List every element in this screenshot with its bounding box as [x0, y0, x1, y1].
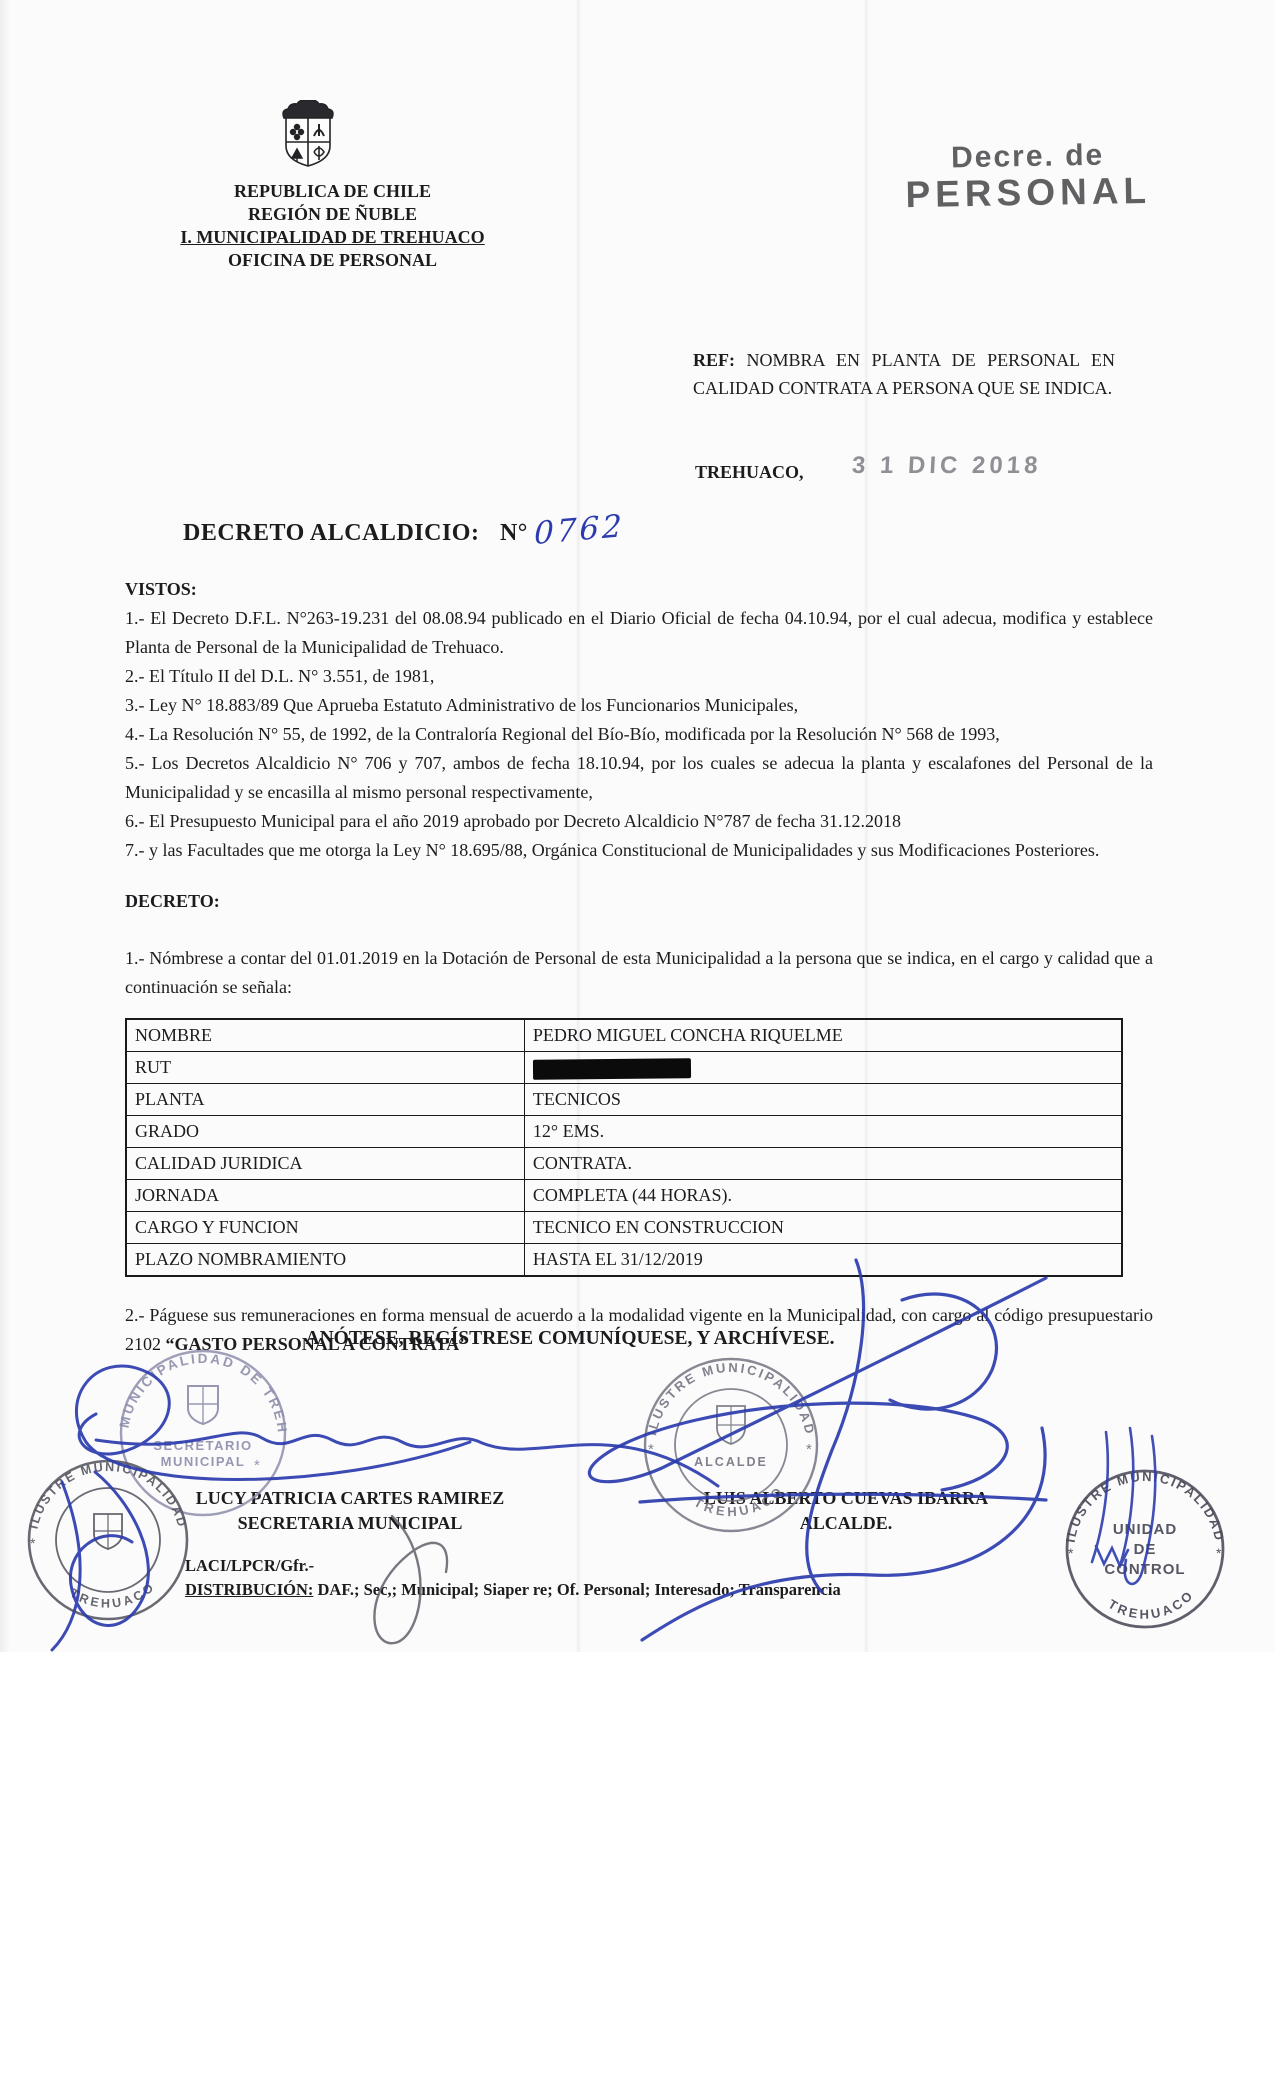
table-value: TECNICO EN CONSTRUCCION: [524, 1212, 1122, 1244]
letterhead: REPUBLICA DE CHILE REGIÓN DE ÑUBLE I. MU…: [160, 180, 505, 272]
vistos-item: 4.- La Resolución N° 55, de 1992, de la …: [125, 720, 1153, 749]
table-row: RUT: [126, 1052, 1122, 1084]
decree-title-label: DECRETO ALCALDICIO:: [183, 520, 479, 546]
decree-body: VISTOS: 1.- El Decreto D.F.L. N°263-19.2…: [125, 575, 1153, 1359]
decree-number-handwritten: 0762: [534, 508, 625, 552]
vistos-item: 6.- El Presupuesto Municipal para el año…: [125, 807, 1153, 836]
table-row: JORNADA COMPLETA (44 HORAS).: [126, 1180, 1122, 1212]
decreto-item1: 1.- Nómbrese a contar del 01.01.2019 en …: [125, 944, 1153, 1002]
distribution-label: DISTRIBUCIÓN:: [185, 1580, 313, 1599]
decree-number-prefix: N°: [500, 520, 528, 546]
vistos-item: 2.- El Título II del D.L. N° 3.551, de 1…: [125, 662, 1153, 691]
alcalde-name: LUIS ALBERTO CUEVAS IBARRA: [636, 1486, 1056, 1511]
table-row: NOMBRE PEDRO MIGUEL CONCHA RIQUELME: [126, 1019, 1122, 1052]
decreto-heading: DECRETO:: [125, 887, 1153, 916]
vistos-item: 5.- Los Decretos Alcaldicio N° 706 y 707…: [125, 749, 1153, 807]
table-row: PLANTA TECNICOS: [126, 1084, 1122, 1116]
table-label: PLANTA: [126, 1084, 524, 1116]
initials-line: LACI/LPCR/Gfr.-: [185, 1556, 314, 1576]
decreto-personal-stamp: Decre. de PERSONAL: [877, 137, 1178, 216]
decree-title: DECRETO ALCALDICIO: N°0762: [183, 512, 625, 548]
table-label: JORNADA: [126, 1180, 524, 1212]
secretaria-name: LUCY PATRICIA CARTES RAMIREZ: [150, 1486, 550, 1511]
table-label: PLAZO NOMBRAMIENTO: [126, 1244, 524, 1277]
ref-text: NOMBRA EN PLANTA DE PERSONAL EN CALIDAD …: [693, 350, 1115, 398]
vistos-item: 3.- Ley N° 18.883/89 Que Aprueba Estatut…: [125, 691, 1153, 720]
closing-formula: ANÓTESE, REGÍSTRESE COMUNÍQUESE, Y ARCHÍ…: [205, 1328, 935, 1350]
secretaria-title: SECRETARIA MUNICIPAL: [150, 1511, 550, 1536]
signature-block-alcalde: LUIS ALBERTO CUEVAS IBARRA ALCALDE.: [636, 1486, 1056, 1536]
vistos-heading: VISTOS:: [125, 575, 1153, 604]
appointment-table: NOMBRE PEDRO MIGUEL CONCHA RIQUELME RUT …: [125, 1018, 1123, 1277]
table-row: CARGO Y FUNCION TECNICO EN CONSTRUCCION: [126, 1212, 1122, 1244]
table-row: PLAZO NOMBRAMIENTO HASTA EL 31/12/2019: [126, 1244, 1122, 1277]
table-value: HASTA EL 31/12/2019: [524, 1244, 1122, 1277]
table-value: TECNICOS: [524, 1084, 1122, 1116]
table-label: CALIDAD JURIDICA: [126, 1148, 524, 1180]
decreto-personal-stamp-line2: PERSONAL: [878, 169, 1179, 216]
vistos-item: 7.- y las Facultades que me otorga la Le…: [125, 836, 1153, 865]
vistos-item: 1.- El Decreto D.F.L. N°263-19.231 del 0…: [125, 604, 1153, 662]
date-stamp: 3 1 DIC 2018: [851, 452, 1042, 480]
table-value: PEDRO MIGUEL CONCHA RIQUELME: [524, 1019, 1122, 1052]
letterhead-country: REPUBLICA DE CHILE: [160, 180, 505, 203]
scanned-decree-page: REPUBLICA DE CHILE REGIÓN DE ÑUBLE I. MU…: [0, 0, 1275, 2100]
table-label: CARGO Y FUNCION: [126, 1212, 524, 1244]
ref-paragraph: REF: NOMBRA EN PLANTA DE PERSONAL EN CAL…: [693, 346, 1115, 402]
table-label: RUT: [126, 1052, 524, 1084]
letterhead-municipality: I. MUNICIPALIDAD DE TREHUACO: [160, 226, 505, 249]
signature-block-secretaria: LUCY PATRICIA CARTES RAMIREZ SECRETARIA …: [150, 1486, 550, 1536]
table-row: GRADO 12° EMS.: [126, 1116, 1122, 1148]
distribution-line: DISTRIBUCIÓN: DAF.; Sec,; Municipal; Sia…: [185, 1580, 841, 1600]
alcalde-title: ALCALDE.: [636, 1511, 1056, 1536]
place-line: TREHUACO,: [695, 462, 804, 483]
table-label: GRADO: [126, 1116, 524, 1148]
table-value-redacted: [524, 1052, 1122, 1084]
municipal-coat-of-arms-icon: [270, 100, 346, 180]
table-label: NOMBRE: [126, 1019, 524, 1052]
table-value: COMPLETA (44 HORAS).: [524, 1180, 1122, 1212]
redaction-bar: [533, 1058, 691, 1080]
table-row: CALIDAD JURIDICA CONTRATA.: [126, 1148, 1122, 1180]
table-value: 12° EMS.: [524, 1116, 1122, 1148]
distribution-text: DAF.; Sec,; Municipal; Siaper re; Of. Pe…: [313, 1580, 840, 1599]
ref-label: REF:: [693, 350, 735, 370]
table-value: CONTRATA.: [524, 1148, 1122, 1180]
letterhead-region: REGIÓN DE ÑUBLE: [160, 203, 505, 226]
letterhead-office: OFICINA DE PERSONAL: [160, 249, 505, 272]
